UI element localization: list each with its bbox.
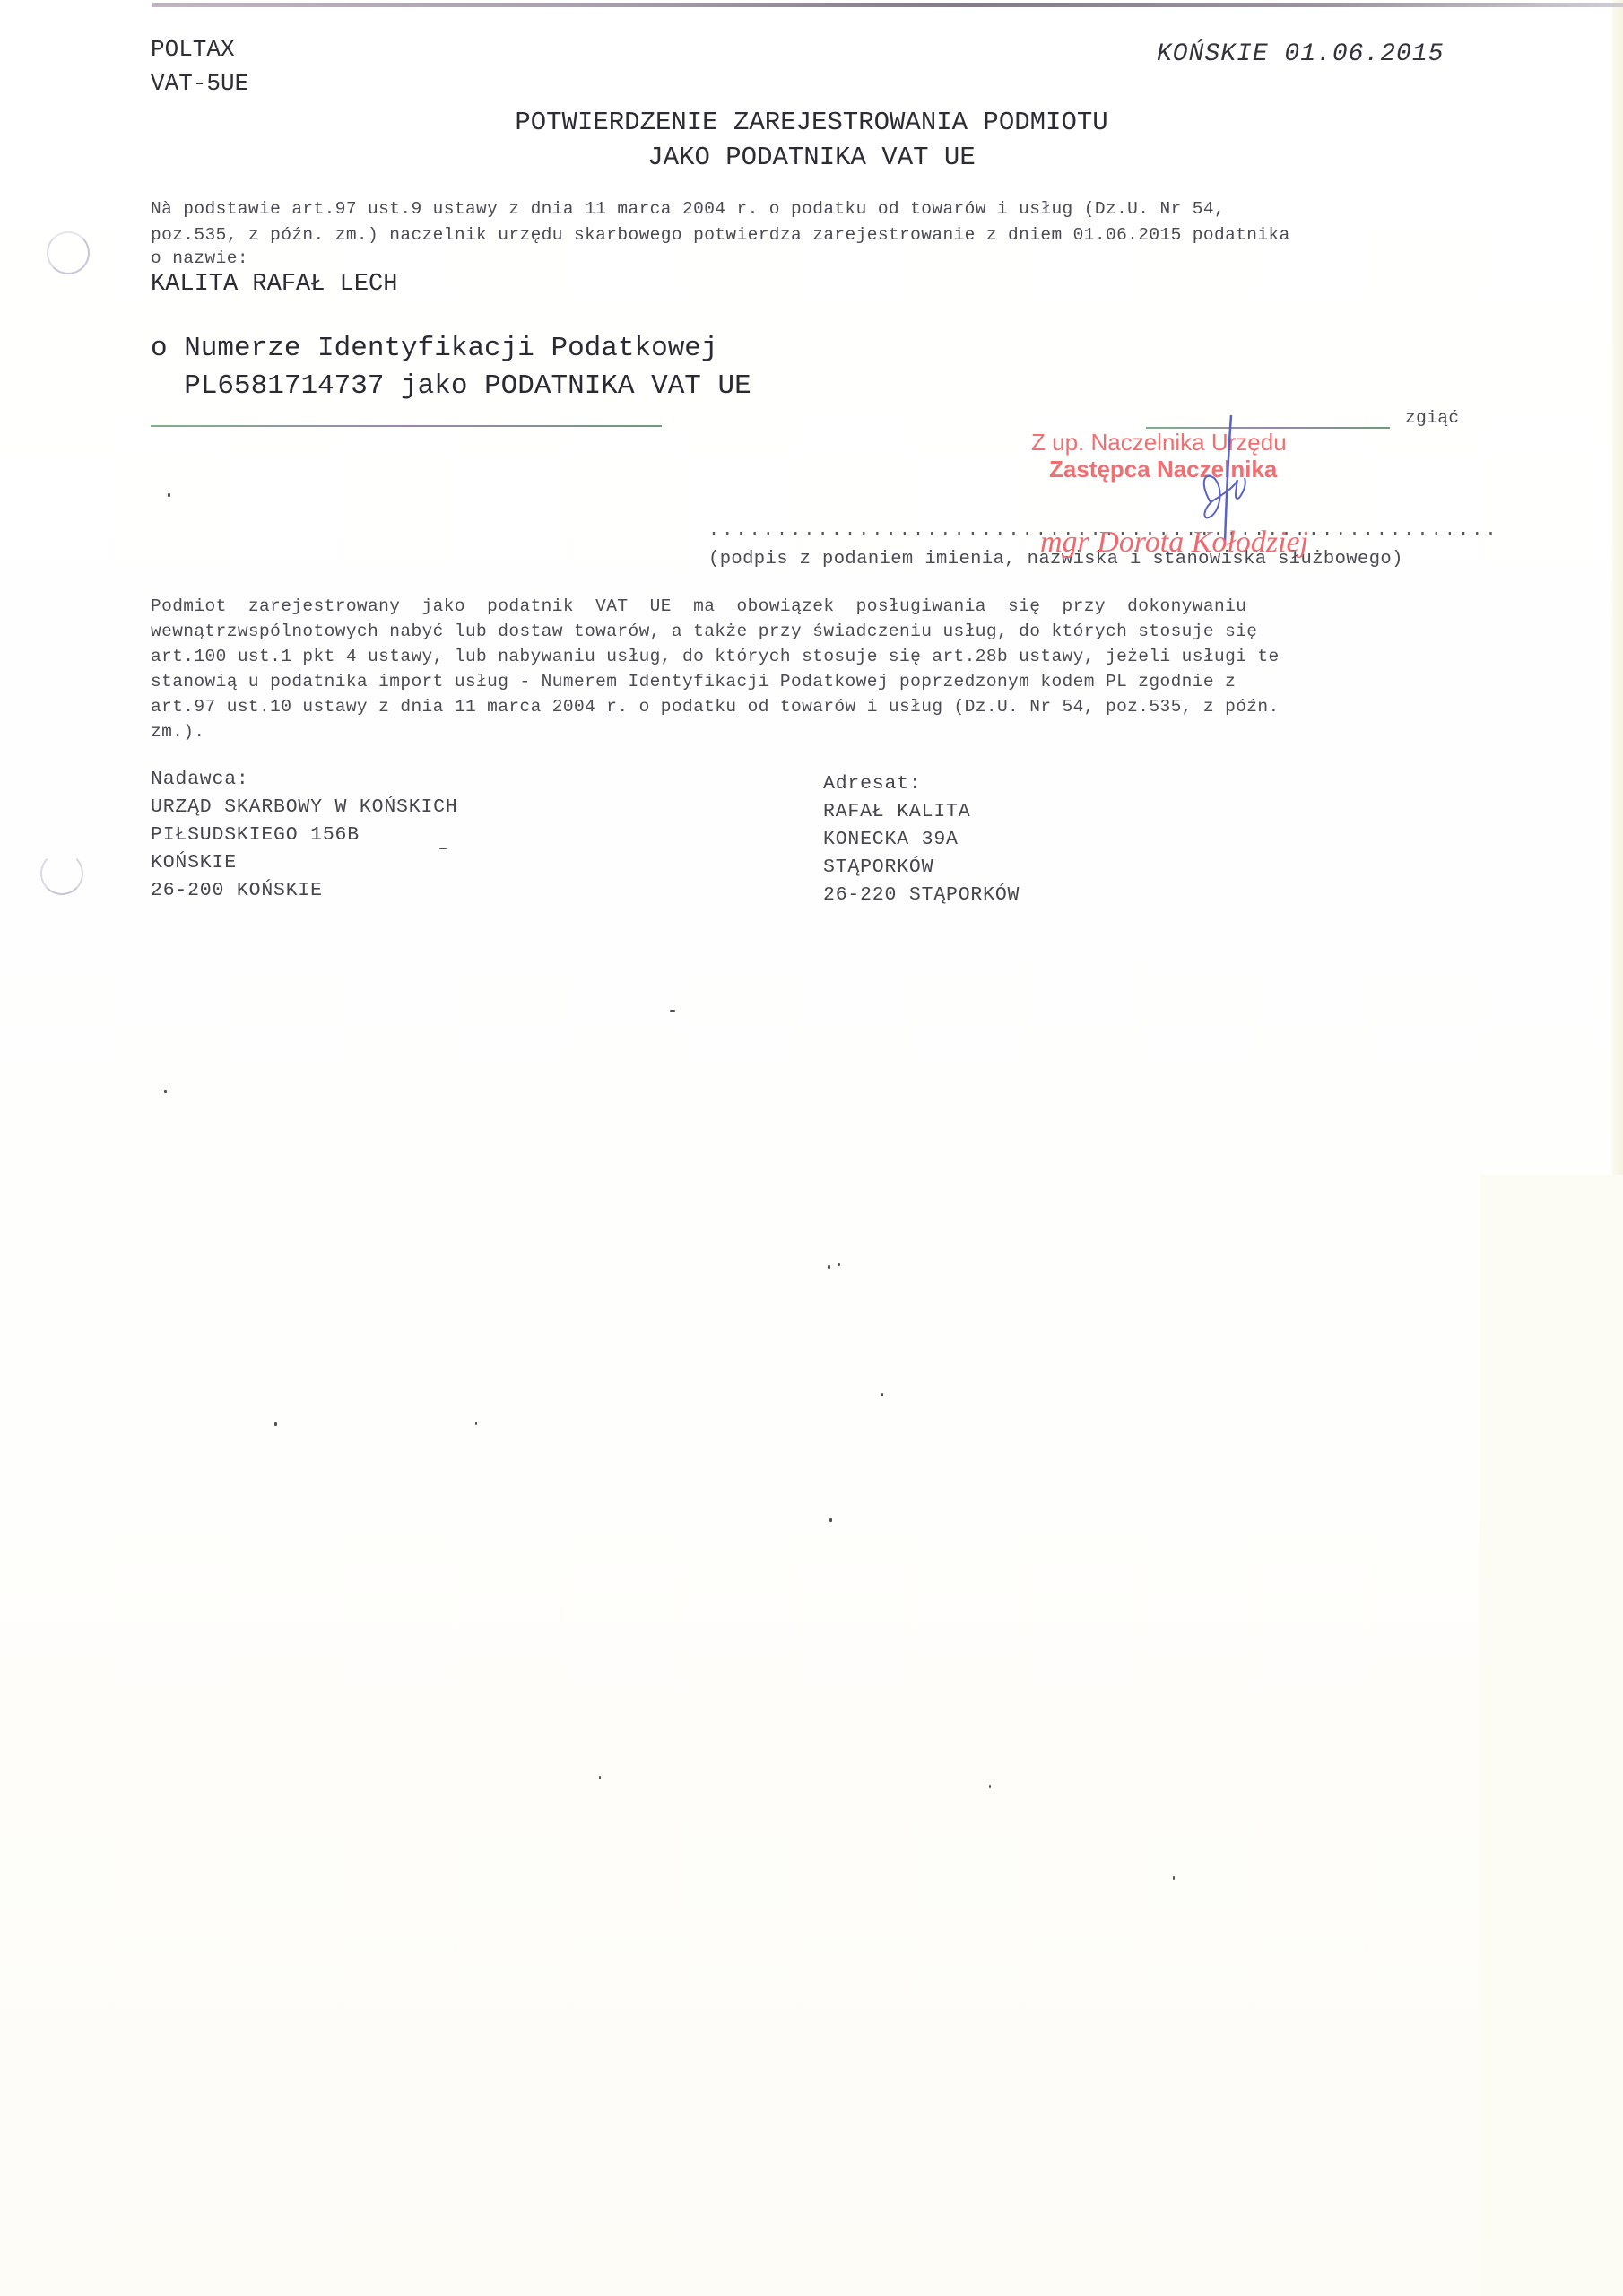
intro-line-1: Nà podstawie art.97 ust.9 ustawy z dnia … (151, 199, 1225, 219)
nip-line-2: PL6581714737 jako PODATNIKA VAT UE (151, 370, 751, 402)
scan-speck (829, 1518, 832, 1522)
place-date: KOŃSKIE 01.06.2015 (1157, 40, 1444, 68)
scan-speck (1173, 1876, 1175, 1880)
recipient-label: Adresat: (823, 773, 922, 795)
sender-line: KOŃSKIE (151, 852, 237, 874)
form-code: VAT-5UE (151, 70, 248, 97)
scan-speck (599, 1776, 601, 1779)
scan-speck (274, 1422, 277, 1426)
notice-line-3: art.100 ust.1 pkt 4 ustawy, lub nabywani… (151, 647, 1280, 666)
intro-line-3: o nazwie: (151, 248, 248, 268)
punch-hole-top (47, 231, 90, 274)
sender-line: 26-200 KOŃSKIE (151, 880, 323, 901)
notice-line-6: zm.). (151, 722, 205, 742)
fold-mark: zgiąć (1405, 408, 1460, 428)
scan-speck (828, 1265, 830, 1269)
punch-hole-bottom (40, 852, 83, 895)
document-title-line2: JAKO PODATNIKA VAT UE (0, 143, 1623, 172)
scan-speck (168, 493, 170, 497)
top-edge-line (152, 3, 1623, 7)
scan-edge-tint (1480, 1175, 1623, 2296)
scan-speck (439, 848, 447, 849)
notice-line-2: wewnątrzwspólnotowych nabyć lub dostaw t… (151, 622, 1257, 641)
scan-speck (164, 1090, 167, 1093)
scan-speck (838, 1263, 840, 1266)
official-name-stamp: mgr Dorota Kołodziej (1040, 526, 1308, 560)
notice-line-4: stanowią u podatnika import usług - Nume… (151, 672, 1236, 691)
scan-speck (670, 1010, 675, 1012)
recipient-line: STĄPORKÓW (823, 857, 933, 878)
scan-speck (475, 1422, 477, 1425)
taxpayer-name: KALITA RAFAŁ LECH (151, 271, 397, 298)
recipient-line: RAFAŁ KALITA (823, 801, 970, 822)
nip-sentence: PL6581714737 jako PODATNIKA VAT UE (184, 370, 751, 402)
nip-line-1: o Numerze Identyfikacji Podatkowej (151, 333, 718, 364)
document-title-line1: POTWIERDZENIE ZAREJESTROWANIA PODMIOTU (0, 108, 1623, 137)
separator-line-left (151, 425, 662, 427)
sender-line: URZĄD SKARBOWY W KOŃSKICH (151, 796, 458, 818)
notice-line-5: art.97 ust.10 ustawy z dnia 11 marca 200… (151, 697, 1280, 717)
scan-speck (989, 1785, 991, 1788)
notice-line-1: Podmiot zarejestrowany jako podatnik VAT… (151, 596, 1246, 616)
intro-line-2: poz.535, z późn. zm.) naczelnik urzędu s… (151, 225, 1290, 245)
nip-indent (151, 370, 184, 402)
scan-edge-shadow (1612, 0, 1623, 1184)
scan-speck (881, 1393, 883, 1396)
sender-label: Nadawca: (151, 769, 249, 790)
sender-line: PIŁSUDSKIEGO 156B (151, 824, 360, 846)
recipient-line: KONECKA 39A (823, 829, 959, 850)
system-name: POLTAX (151, 36, 235, 63)
recipient-line: 26-220 STĄPORKÓW (823, 884, 1020, 906)
